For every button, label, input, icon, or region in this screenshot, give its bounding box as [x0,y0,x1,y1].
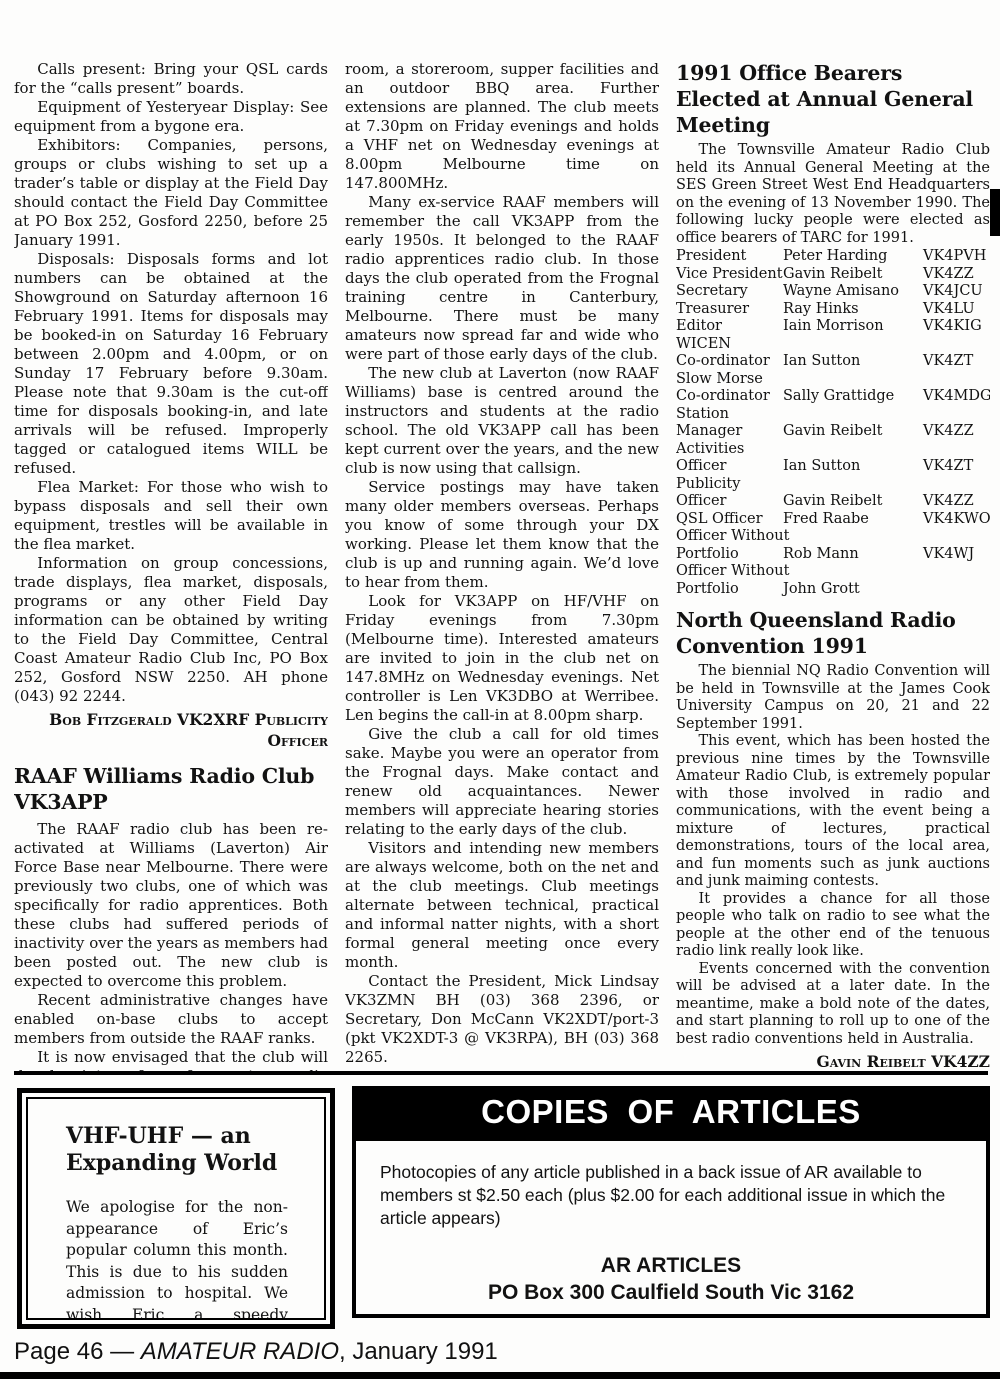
office-bearer-row: Slow Morse [676,371,990,389]
office-holder-name [783,441,923,459]
office-role: Officer [676,458,783,476]
scan-artifact-edge-mark [990,189,1000,236]
vhf-uhf-notice-box: VHF-UHF — an Expanding World We apologis… [17,1088,335,1329]
office-role: Station [676,406,783,424]
paragraph: Events concerned with the convention wil… [676,961,990,1049]
office-callsign [923,476,990,494]
office-bearer-row: Editor Iain Morrison VK4KIG [676,318,990,336]
office-role: Activities [676,441,783,459]
office-bearer-row: President Peter Harding VK4PVH [676,248,990,266]
office-holder-name [783,476,923,494]
paragraph: Many ex-service RAAF members will rememb… [345,193,659,364]
paragraph: It is now envisaged that the club will d… [14,1048,328,1072]
section-divider-rule [14,1071,988,1075]
paragraph: The new club at Laverton (now RAAF Willi… [345,364,659,478]
office-bearer-row: QSL Officer Fred Raabe VK4KWO [676,511,990,529]
office-bearer-row: Officer Ian Sutton VK4ZT [676,458,990,476]
office-bearer-row: Co-ordinator Ian Sutton VK4ZT [676,353,990,371]
office-holder-name: Ian Sutton [783,458,923,476]
office-callsign: VK4LU [923,301,990,319]
paragraph: The RAAF radio club has been re-activate… [14,820,328,991]
vhf-uhf-notice-inner: VHF-UHF — an Expanding World We apologis… [26,1097,326,1320]
po-box-line: PO Box 300 Caulfield South Vic 3162 [380,1279,962,1306]
office-role: Portfolio [676,546,783,564]
office-callsign [923,336,990,354]
page-footer: Page 46 — AMATEUR RADIO, January 1991 [14,1338,498,1366]
office-role: Publicity [676,476,783,494]
column-3: 1991 Office Bearers Elected at Annual Ge… [676,60,990,1072]
office-role: President [676,248,783,266]
office-holder-name: Rob Mann [783,546,923,564]
office-bearer-row: Portfolio Rob Mann VK4WJ [676,546,990,564]
scan-artifact-bottom-bar [0,1372,1000,1379]
office-callsign: VK4MDG [923,388,990,406]
paragraph: Service postings may have taken many old… [345,478,659,592]
office-holder-name: Ray Hinks [783,301,923,319]
copies-of-articles-box: COPIES OF ARTICLES Photocopies of any ar… [352,1086,990,1318]
vhf-uhf-body: We apologise for the non-appearance of E… [66,1197,288,1320]
office-callsign [923,528,990,546]
office-role: Portfolio [676,581,783,599]
column-2: room, a storeroom, supper facilities and… [345,60,659,1072]
office-callsign: VK4ZZ [923,493,990,511]
office-holder-name: Wayne Amisano [783,283,923,301]
office-holder-name [783,371,923,389]
article-columns: Calls present: Bring your QSL cards for … [14,60,990,1072]
byline-line: Officer [14,730,328,751]
magazine-title: AMATEUR RADIO [141,1338,339,1365]
office-role: Treasurer [676,301,783,319]
paragraph: Give the club a call for old times sake.… [345,725,659,839]
office-callsign [923,563,990,581]
paragraph: It provides a chance for all those peopl… [676,891,990,961]
office-bearer-row: Publicity [676,476,990,494]
office-holder-name: Peter Harding [783,248,923,266]
paragraph: Exhibitors: Companies, persons, groups o… [14,136,328,250]
office-bearer-row: Station [676,406,990,424]
article-title-nq-convention: North Queensland Radio Convention 1991 [676,607,990,659]
copies-of-articles-header: COPIES OF ARTICLES [352,1086,990,1138]
office-role: Editor [676,318,783,336]
office-bearer-row: Activities [676,441,990,459]
paragraph-continuation: room, a storeroom, supper facilities and… [345,60,659,193]
office-callsign: VK4JCU [923,283,990,301]
byline-bob-fitzgerald: Bob Fitzgerald VK2XRF PublicityOfficer [14,709,328,751]
byline-gavin-reibelt: Gavin Reibelt VK4ZZ Secretary TARC 1990a… [676,1051,990,1072]
office-bearer-row: Officer Gavin Reibelt VK4ZZ [676,493,990,511]
office-holder-name [783,336,923,354]
office-role: Manager [676,423,783,441]
office-callsign: VK4ZT [923,353,990,371]
office-callsign [923,406,990,424]
office-holder-name: Gavin Reibelt [783,493,923,511]
paragraph: Calls present: Bring your QSL cards for … [14,60,328,98]
office-callsign: VK4ZT [923,458,990,476]
office-holder-name: Gavin Reibelt [783,266,923,284]
raaf-williams-article-cont: Many ex-service RAAF members will rememb… [345,193,659,1067]
office-callsign: VK4ZZ [923,423,990,441]
paragraph: Flea Market: For those who wish to bypas… [14,478,328,554]
office-callsign: VK4ZZ [923,266,990,284]
office-bearer-row: Officer Without [676,528,990,546]
office-callsign: VK4WJ [923,546,990,564]
nq-convention-article: The biennial NQ Radio Convention will be… [676,663,990,1048]
paragraph: Contact the President, Mick Lindsay VK3Z… [345,972,659,1067]
office-role: Co-ordinator [676,388,783,406]
office-bearer-row: Treasurer Ray Hinks VK4LU [676,301,990,319]
office-holder-name: Ian Sutton [783,353,923,371]
office-holder-name: Sally Grattidge [783,388,923,406]
office-role: Officer [676,493,783,511]
office-callsign [923,371,990,389]
office-callsign: VK4KIG [923,318,990,336]
office-role: Secretary [676,283,783,301]
article-title-raaf-williams: RAAF Williams Radio Club VK3APP [14,763,328,815]
issue-date: , January 1991 [339,1338,498,1365]
paragraph: The biennial NQ Radio Convention will be… [676,663,990,733]
office-holder-name: John Grott [783,581,923,599]
office-holder-name [783,528,923,546]
vhf-uhf-title: VHF-UHF — an Expanding World [66,1123,288,1177]
article-title-office-bearers: 1991 Office Bearers Elected at Annual Ge… [676,60,990,138]
ar-articles-address: AR ARTICLES PO Box 300 Caulfield South V… [380,1252,962,1306]
office-bearer-row: Secretary Wayne Amisano VK4JCU [676,283,990,301]
paragraph: This event, which has been hosted the pr… [676,733,990,891]
office-holder-name: Gavin Reibelt [783,423,923,441]
copies-of-articles-body: Photocopies of any article published in … [352,1138,990,1318]
office-role: Officer Without [676,528,783,546]
office-bearers-table: President Peter Harding VK4PVH Vice Pres… [676,248,990,598]
office-role: Vice President [676,266,783,284]
paragraph: Equipment of Yesteryear Display: See equ… [14,98,328,136]
paragraph: Information on group concessions, trade … [14,554,328,706]
raaf-williams-article: The RAAF radio club has been re-activate… [14,820,328,1072]
office-callsign: VK4KWO [923,511,990,529]
page-number: Page 46 — [14,1338,141,1365]
ar-articles-line: AR ARTICLES [380,1252,962,1279]
office-role: QSL Officer [676,511,783,529]
paragraph: Visitors and intending new members are a… [345,839,659,972]
office-callsign [923,581,990,599]
office-role: Slow Morse [676,371,783,389]
byline-line: Bob Fitzgerald VK2XRF Publicity [14,709,328,730]
office-callsign [923,441,990,459]
office-role: Co-ordinator [676,353,783,371]
paragraph: Disposals: Disposals forms and lot numbe… [14,250,328,478]
office-callsign: VK4PVH [923,248,990,266]
paragraph-office-bearers-intro: The Townsville Amateur Radio Club held i… [676,142,990,247]
paragraph: Recent administrative changes have enabl… [14,991,328,1048]
office-bearer-row: Vice President Gavin Reibelt VK4ZZ [676,266,990,284]
field-day-notes: Calls present: Bring your QSL cards for … [14,60,328,706]
office-role: Officer Without [676,563,783,581]
office-holder-name [783,563,923,581]
office-bearer-row: Manager Gavin Reibelt VK4ZZ [676,423,990,441]
column-1: Calls present: Bring your QSL cards for … [14,60,328,1072]
byline-line: Gavin Reibelt VK4ZZ [676,1051,990,1072]
office-holder-name: Fred Raabe [783,511,923,529]
office-bearer-row: Officer Without [676,563,990,581]
office-role: WICEN [676,336,783,354]
office-holder-name [783,406,923,424]
magazine-page: Calls present: Bring your QSL cards for … [0,0,1000,1379]
copies-of-articles-text: Photocopies of any article published in … [380,1161,962,1230]
office-holder-name: Iain Morrison [783,318,923,336]
office-bearer-row: Co-ordinator Sally Grattidge VK4MDG [676,388,990,406]
paragraph: Look for VK3APP on HF/VHF on Friday even… [345,592,659,725]
office-bearer-row: WICEN [676,336,990,354]
office-bearer-row: Portfolio John Grott [676,581,990,599]
